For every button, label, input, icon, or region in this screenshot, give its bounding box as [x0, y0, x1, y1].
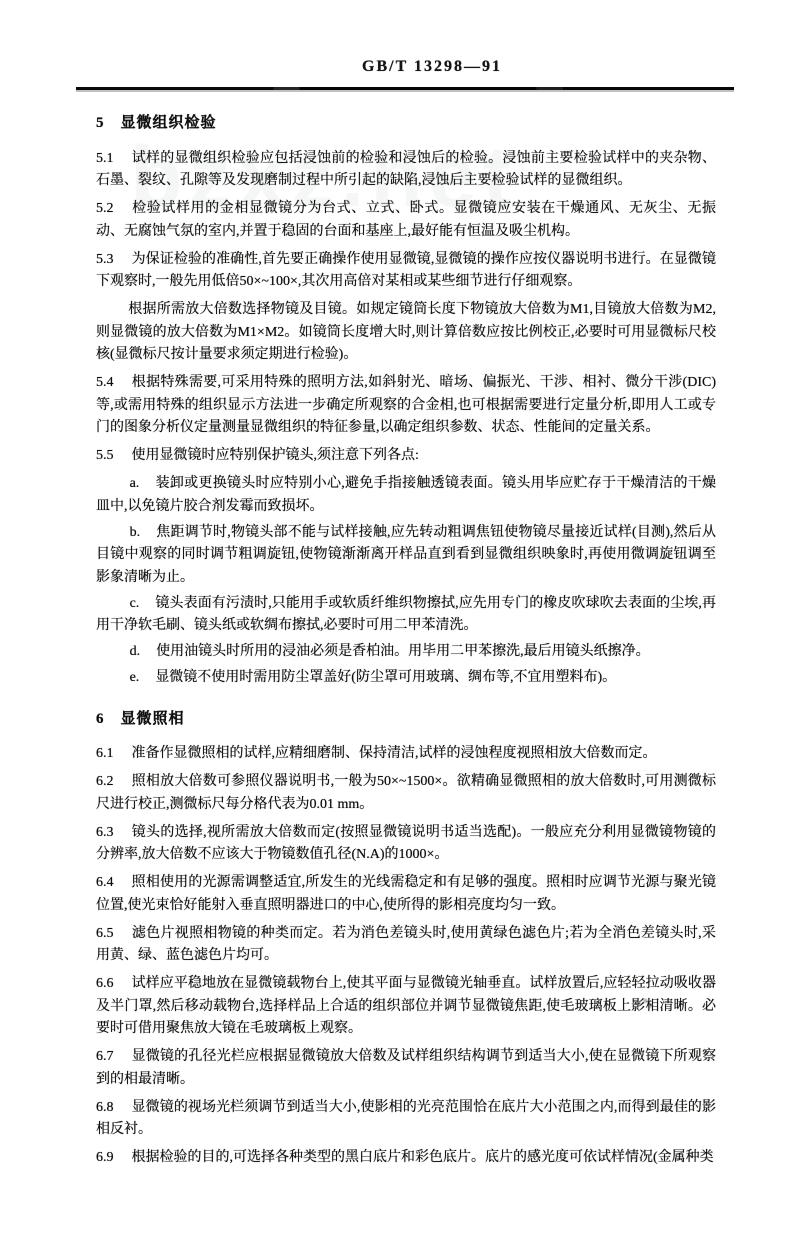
paragraph: 6.1准备作显微照相的试样,应精细磨制、保持清洁,试样的浸蚀程度视照相放大倍数而… — [96, 743, 716, 766]
paragraph: 6.8显微镜的视场光栏须调节到适当大小,使影相的光亮范围恰在底片大小范围之内,而… — [96, 1097, 716, 1142]
clause-text: 使用显微镜时应特别保护镜头,须注意下列各点: — [132, 448, 419, 463]
clause-number: 6.7 — [96, 1049, 114, 1064]
list-item: e.显微镜不使用时需用防尘罩盖好(防尘罩可用玻璃、绸布等,不宜用塑料布)。 — [96, 667, 716, 690]
paragraph: 5.1试样的显微组织检验应包括浸蚀前的检验和浸蚀后的检验。浸蚀前主要检验试样中的… — [96, 148, 716, 193]
paragraph: 6.5滤色片视照相物镜的种类而定。若为消色差镜头时,使用黄绿色滤色片;若为全消色… — [96, 923, 716, 968]
list-item: c.镜头表面有污渍时,只能用手或软质纤维织物擦拭,应先用专门的橡皮吹球吹去表面的… — [96, 593, 716, 638]
clause-number: b. — [130, 525, 141, 540]
paragraph: 6.9根据检验的目的,可选择各种类型的黑白底片和彩色底片。底片的感光度可依试样情… — [96, 1147, 716, 1170]
clause-text: 镜头表面有污渍时,只能用手或软质纤维织物擦拭,应先用专门的橡皮吹球吹去表面的尘埃… — [96, 596, 716, 634]
clause-number: 6 — [96, 711, 105, 727]
clause-number: 5.2 — [96, 201, 114, 216]
clause-text: 显微镜的孔径光栏应根据显微镜放大倍数及试样组织结构调节到适当大小,使在显微镜下所… — [96, 1049, 716, 1087]
list-item: b.焦距调节时,物镜头部不能与试样接触,应先转动粗调焦钮使物镜尽量接近试样(目测… — [96, 522, 716, 590]
paragraph: 根据所需放大倍数选择物镜及目镜。如规定镜筒长度下物镜放大倍数为M1,目镜放大倍数… — [96, 299, 716, 367]
clause-number: 6.8 — [96, 1100, 114, 1115]
clause-text: 显微照相 — [121, 711, 185, 727]
clause-number: 5.4 — [96, 375, 114, 390]
clause-number: a. — [130, 476, 140, 491]
clause-text: 试样应平稳地放在显微镜载物台上,使其平面与显微镜光轴垂直。试样放置后,应轻轻拉动… — [96, 976, 716, 1036]
clause-number: 5.3 — [96, 252, 114, 267]
clause-text: 为保证检验的准确性,首先要正确操作使用显微镜,显微镜的操作应按仪器说明书进行。在… — [96, 252, 716, 290]
clause-number: 6.9 — [96, 1150, 114, 1165]
clause-text: 显微组织检验 — [121, 115, 217, 131]
clause-number: 6.1 — [96, 746, 114, 761]
paragraph: 6.4照相使用的光源需调整适宜,所发生的光线需稳定和有足够的强度。照相时应调节光… — [96, 872, 716, 917]
paragraph: 5.5使用显微镜时应特别保护镜头,须注意下列各点: — [96, 445, 716, 468]
clause-number: 6.5 — [96, 926, 114, 941]
clause-text: 显微镜不使用时需用防尘罩盖好(防尘罩可用玻璃、绸布等,不宜用塑料布)。 — [155, 670, 616, 685]
clause-text: 根据所需放大倍数选择物镜及目镜。如规定镜筒长度下物镜放大倍数为M1,目镜放大倍数… — [96, 302, 716, 362]
paragraph: 5.2检验试样用的金相显微镜分为台式、立式、卧式。显微镜应安装在干燥通风、无灰尘… — [96, 198, 716, 243]
clause-number: 6.6 — [96, 976, 114, 991]
document-body: 5显微组织检验5.1试样的显微组织检验应包括浸蚀前的检验和浸蚀后的检验。浸蚀前主… — [96, 104, 716, 1175]
header-rule — [76, 87, 734, 90]
paragraph: 6.6试样应平稳地放在显微镜载物台上,使其平面与显微镜光轴垂直。试样放置后,应轻… — [96, 973, 716, 1041]
section-heading: 5显微组织检验 — [96, 112, 716, 135]
clause-text: 照相放大倍数可参照仪器说明书,一般为50×~1500×。欲精确显微照相的放大倍数… — [96, 774, 716, 812]
clause-text: 镜头的选择,视所需放大倍数而定(按照显微镜说明书适当选配)。一般应充分利用显微镜… — [96, 825, 716, 863]
paragraph: 5.4根据特殊需要,可采用特殊的照明方法,如斜射光、暗场、偏振光、干涉、相衬、微… — [96, 372, 716, 440]
clause-text: 根据特殊需要,可采用特殊的照明方法,如斜射光、暗场、偏振光、干涉、相衬、微分干涉… — [96, 375, 716, 435]
clause-number: 6.4 — [96, 875, 114, 890]
document-page: GB/T 13298—91 bzxz.net 5显微组织检验5.1试样的显微组织… — [0, 0, 800, 1248]
list-item: a.装卸或更换镜头时应特别小心,避免手指接触透镜表面。镜头用毕应贮存于干燥清洁的… — [96, 473, 716, 518]
clause-text: 使用油镜头时所用的浸油必须是香柏油。用毕用二甲苯擦洗,最后用镜头纸擦净。 — [156, 644, 650, 659]
paragraph: 6.7显微镜的孔径光栏应根据显微镜放大倍数及试样组织结构调节到适当大小,使在显微… — [96, 1046, 716, 1091]
clause-number: 5 — [96, 115, 105, 131]
section-heading: 6显微照相 — [96, 708, 716, 731]
paragraph: 6.2照相放大倍数可参照仪器说明书,一般为50×~1500×。欲精确显微照相的放… — [96, 771, 716, 816]
clause-number: c. — [130, 596, 140, 611]
standard-code: GB/T 13298—91 — [32, 58, 800, 76]
clause-text: 检验试样用的金相显微镜分为台式、立式、卧式。显微镜应安装在干燥通风、无灰尘、无振… — [96, 201, 716, 239]
clause-number: 6.3 — [96, 825, 114, 840]
clause-text: 显微镜的视场光栏须调节到适当大小,使影相的光亮范围恰在底片大小范围之内,而得到最… — [96, 1100, 716, 1138]
clause-number: d. — [130, 644, 141, 659]
clause-number: 5.5 — [96, 448, 114, 463]
clause-text: 根据检验的目的,可选择各种类型的黑白底片和彩色底片。底片的感光度可依试样情况(金… — [132, 1150, 714, 1165]
paragraph: 5.3为保证检验的准确性,首先要正确操作使用显微镜,显微镜的操作应按仪器说明书进… — [96, 249, 716, 294]
clause-number: e. — [130, 670, 140, 685]
paragraph: 6.3镜头的选择,视所需放大倍数而定(按照显微镜说明书适当选配)。一般应充分利用… — [96, 822, 716, 867]
clause-text: 准备作显微照相的试样,应精细磨制、保持清洁,试样的浸蚀程度视照相放大倍数而定。 — [132, 746, 657, 761]
scan-smudge — [630, 996, 658, 1012]
clause-text: 装卸或更换镜头时应特别小心,避免手指接触透镜表面。镜头用毕应贮存于干燥清洁的干燥… — [96, 476, 716, 514]
clause-text: 焦距调节时,物镜头部不能与试样接触,应先转动粗调焦钮使物镜尽量接近试样(目测),… — [96, 525, 716, 585]
clause-text: 试样的显微组织检验应包括浸蚀前的检验和浸蚀后的检验。浸蚀前主要检验试样中的夹杂物… — [96, 151, 716, 189]
list-item: d.使用油镜头时所用的浸油必须是香柏油。用毕用二甲苯擦洗,最后用镜头纸擦净。 — [96, 641, 716, 664]
clause-text: 滤色片视照相物镜的种类而定。若为消色差镜头时,使用黄绿色滤色片;若为全消色差镜头… — [96, 926, 716, 964]
clause-text: 照相使用的光源需调整适宜,所发生的光线需稳定和有足够的强度。照相时应调节光源与聚… — [96, 875, 716, 913]
clause-number: 6.2 — [96, 774, 114, 789]
clause-number: 5.1 — [96, 151, 114, 166]
